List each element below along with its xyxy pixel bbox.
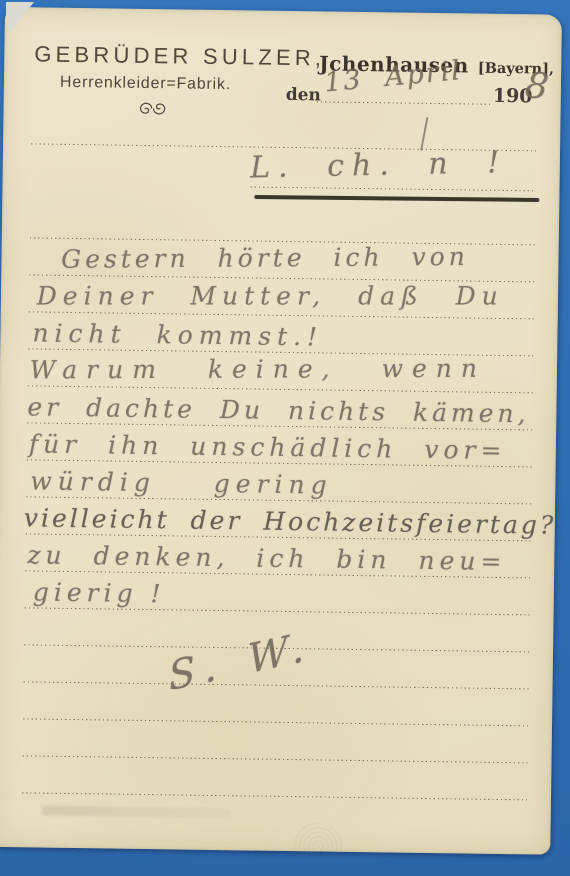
handwritten-line: Deiner Mutter, daß Du bbox=[37, 281, 504, 310]
ruled-line bbox=[23, 755, 528, 763]
faint-pencil-smudge bbox=[42, 806, 232, 819]
handwritten-year-digit: 8 bbox=[523, 65, 551, 109]
handwritten-line: Gestern hörte ich von bbox=[61, 242, 469, 274]
handwritten-line: gierig ! bbox=[33, 577, 166, 608]
scroll-flourish-icon bbox=[135, 101, 169, 121]
salutation-underline bbox=[254, 195, 539, 202]
pencil-stroke-mark bbox=[420, 117, 428, 151]
company-subtitle: Herrenkleider=Fabrik. bbox=[60, 74, 231, 94]
handwritten-signature: S. W. bbox=[167, 623, 315, 701]
handwritten-line: nicht kommst.! bbox=[32, 318, 323, 351]
date-dotted-leader bbox=[317, 101, 492, 105]
ruled-line bbox=[24, 681, 529, 689]
ruled-line bbox=[22, 792, 527, 800]
photo-background: GEBRÜDER SULZER, Herrenkleider=Fabrik. J… bbox=[0, 0, 570, 876]
ruled-line bbox=[23, 718, 528, 726]
ruled-line bbox=[25, 607, 530, 615]
fingerprint-smudge bbox=[285, 815, 353, 876]
handwritten-line: würdig gering bbox=[30, 466, 333, 499]
ruled-line bbox=[250, 186, 535, 191]
handwritten-salutation: L. ch. n ! bbox=[250, 145, 508, 185]
postcard: GEBRÜDER SULZER, Herrenkleider=Fabrik. J… bbox=[0, 7, 562, 855]
company-name: GEBRÜDER SULZER, bbox=[34, 41, 325, 71]
handwritten-line: Warum keine, wenn bbox=[30, 354, 486, 385]
